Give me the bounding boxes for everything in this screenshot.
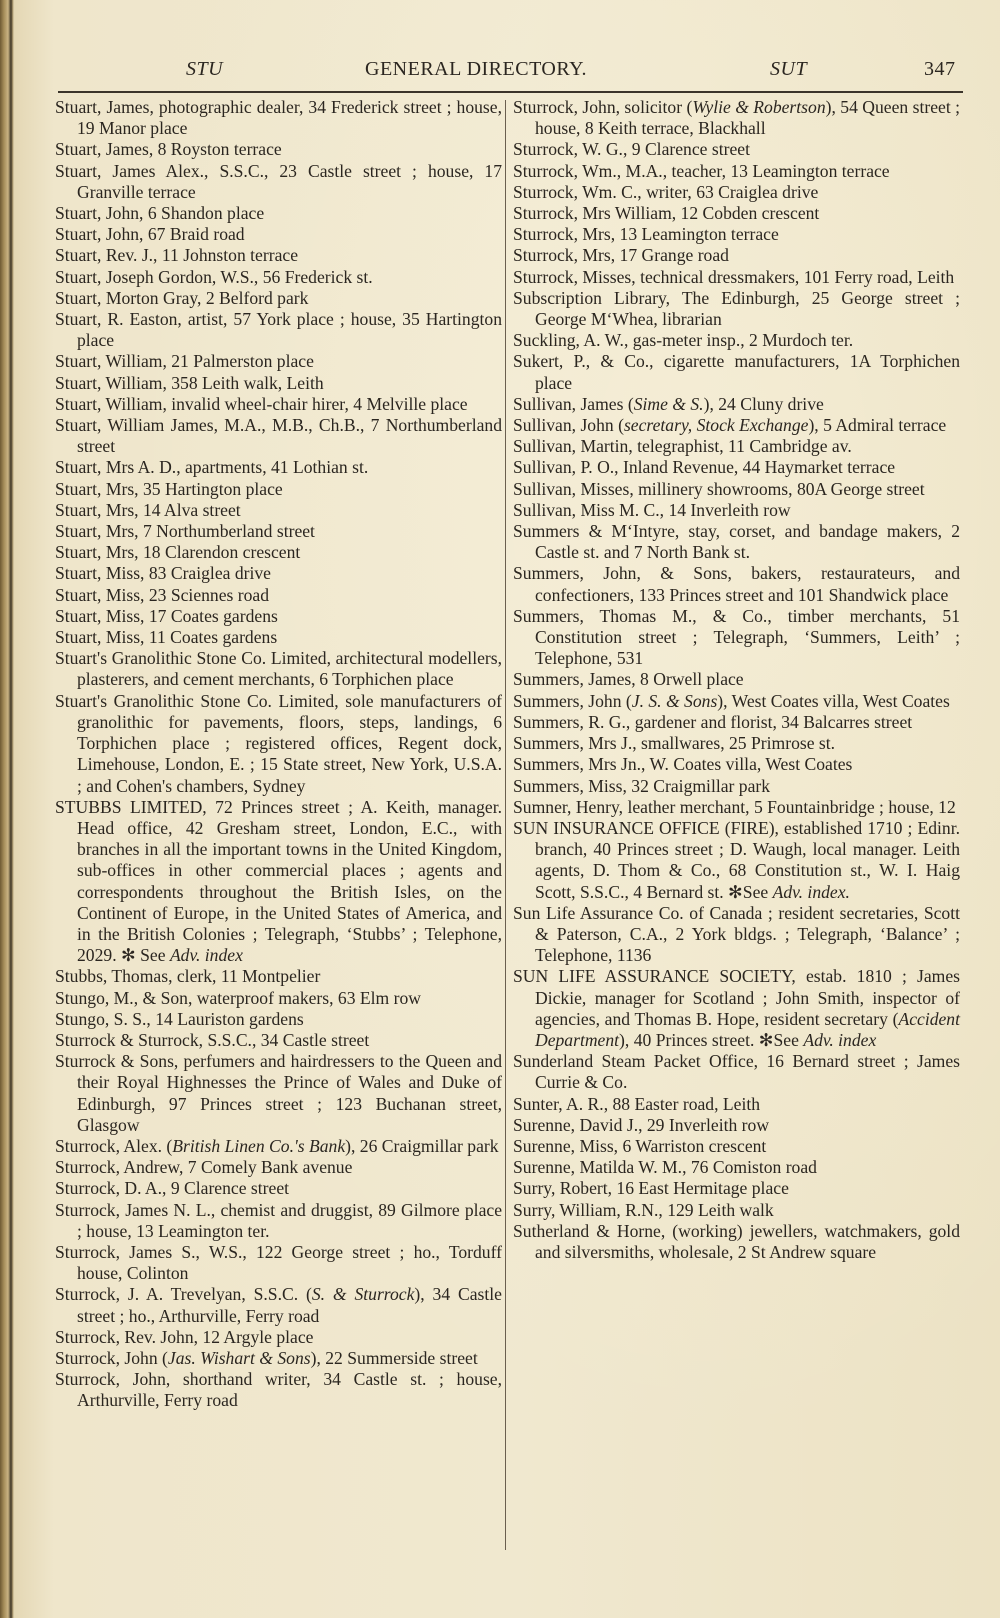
entry-text: STUBBS LIMITED, 72 Princes street ; A. K… <box>55 797 502 965</box>
entry-text: Sturrock, Mrs, 17 Grange road <box>513 245 729 265</box>
directory-entry: Sturrock, Misses, technical dressmakers,… <box>513 267 960 288</box>
book-binding-edge <box>0 0 14 1618</box>
entry-text: Sturrock, Misses, technical dressmakers,… <box>513 267 954 287</box>
entry-text: Sturrock, James S., W.S., 122 George str… <box>55 1242 502 1283</box>
entry-text: Sturrock, John ( <box>55 1348 168 1368</box>
entry-text: Stuart, Miss, 23 Sciennes road <box>55 585 269 605</box>
directory-entry: Stubbs, Thomas, clerk, 11 Montpelier <box>55 966 502 987</box>
entry-text: Stuart, Miss, 17 Coates gardens <box>55 606 278 626</box>
entry-text: Sturrock, J. A. Trevelyan, S.S.C. ( <box>55 1284 312 1304</box>
entry-text: ), 22 Summerside street <box>311 1348 478 1368</box>
entry-text: ), 40 Princes street. ✻See <box>619 1030 803 1050</box>
directory-entry: Stuart, Miss, 11 Coates gardens <box>55 627 502 648</box>
entry-text: Sunter, A. R., 88 Easter road, Leith <box>513 1094 760 1114</box>
entry-text: Stuart, Rev. J., 11 Johnston terrace <box>55 245 298 265</box>
directory-entry: Sturrock, D. A., 9 Clarence street <box>55 1178 502 1199</box>
directory-entry: Surenne, Miss, 6 Warriston crescent <box>513 1136 960 1157</box>
entry-text: Stuart, James Alex., S.S.C., 23 Castle s… <box>55 161 502 202</box>
directory-entry: Sturrock, J. A. Trevelyan, S.S.C. (S. & … <box>55 1284 502 1326</box>
entry-text: Sukert, P., & Co., cigarette manufacture… <box>513 351 960 392</box>
entry-text: ), 5 Admiral terrace <box>808 415 946 435</box>
entry-text: Sturrock & Sons, perfumers and hairdress… <box>55 1051 502 1135</box>
entry-text: Stuart, John, 6 Shandon place <box>55 203 264 223</box>
directory-entry: Stungo, S. S., 14 Lauriston gardens <box>55 1009 502 1030</box>
directory-entry: Stuart, Mrs, 7 Northumberland street <box>55 521 502 542</box>
entry-text: ), West Coates villa, West Coates <box>717 691 950 711</box>
directory-entry: Summers, Mrs Jn., W. Coates villa, West … <box>513 754 960 775</box>
directory-entry: Sullivan, P. O., Inland Revenue, 44 Haym… <box>513 457 960 478</box>
directory-entry: Summers, Thomas M., & Co., timber mercha… <box>513 606 960 670</box>
entry-text: Sunderland Steam Packet Office, 16 Berna… <box>513 1051 960 1092</box>
entry-text: Sturrock, John, shorthand writer, 34 Cas… <box>55 1369 502 1410</box>
entry-text: Sturrock, Andrew, 7 Comely Bank avenue <box>55 1157 352 1177</box>
entry-text: Sturrock, John, solicitor ( <box>513 97 692 117</box>
directory-entry: Summers, R. G., gardener and florist, 34… <box>513 712 960 733</box>
entry-italic-text: J. S. & Sons <box>632 691 718 711</box>
entry-italic-text: Wylie & Robertson <box>692 97 825 117</box>
directory-entry: Sturrock, Wm. C., writer, 63 Craiglea dr… <box>513 182 960 203</box>
directory-entry: Sturrock & Sons, perfumers and hairdress… <box>55 1051 502 1136</box>
directory-entry: Stuart, William James, M.A., M.B., Ch.B.… <box>55 415 502 457</box>
directory-entry: Sullivan, Martin, telegraphist, 11 Cambr… <box>513 436 960 457</box>
entry-text: Summers, Thomas M., & Co., timber mercha… <box>513 606 960 668</box>
entry-text: Stuart, Miss, 83 Craiglea drive <box>55 563 271 583</box>
left-column: Stuart, James, photographic dealer, 34 F… <box>55 97 502 1412</box>
entry-text: SUN LIFE ASSURANCE SOCIETY, estab. 1810 … <box>513 966 960 1028</box>
entry-italic-text: British Linen Co.'s Bank <box>172 1136 345 1156</box>
entry-text: Sturrock, Wm. C., writer, 63 Craiglea dr… <box>513 182 818 202</box>
column-divider <box>505 100 506 1550</box>
directory-entry: Sturrock, John, shorthand writer, 34 Cas… <box>55 1369 502 1411</box>
directory-entry: Stuart, Rev. J., 11 Johnston terrace <box>55 245 502 266</box>
directory-entry: Stuart, Joseph Gordon, W.S., 56 Frederic… <box>55 267 502 288</box>
directory-entry: Sullivan, James (Sime & S.), 24 Cluny dr… <box>513 394 960 415</box>
directory-entry: Summers, James, 8 Orwell place <box>513 669 960 690</box>
page-title: GENERAL DIRECTORY. <box>365 58 587 81</box>
entry-text: Sullivan, James ( <box>513 394 634 414</box>
directory-entry: Stuart, Miss, 23 Sciennes road <box>55 585 502 606</box>
directory-entry: Stuart's Granolithic Stone Co. Limited, … <box>55 691 502 797</box>
directory-entry: Sturrock, James S., W.S., 122 George str… <box>55 1242 502 1284</box>
entry-text: Stuart, James, photographic dealer, 34 F… <box>55 97 502 138</box>
entry-text: Stuart, Morton Gray, 2 Belford park <box>55 288 308 308</box>
directory-entry: Sunderland Steam Packet Office, 16 Berna… <box>513 1051 960 1093</box>
entry-text: Sturrock, D. A., 9 Clarence street <box>55 1178 289 1198</box>
directory-entry: Stuart, John, 67 Braid road <box>55 224 502 245</box>
directory-entry: Sturrock, Mrs William, 12 Cobden crescen… <box>513 203 960 224</box>
directory-entry: Surenne, Matilda W. M., 76 Comiston road <box>513 1157 960 1178</box>
directory-entry: Sullivan, Misses, millinery showrooms, 8… <box>513 479 960 500</box>
directory-entry: SUN INSURANCE OFFICE (FIRE), established… <box>513 818 960 903</box>
directory-entry: Stuart, Miss, 17 Coates gardens <box>55 606 502 627</box>
directory-entry: Sunter, A. R., 88 Easter road, Leith <box>513 1094 960 1115</box>
entry-text: Stuart, William, invalid wheel-chair hir… <box>55 394 468 414</box>
directory-entry: Stuart, Morton Gray, 2 Belford park <box>55 288 502 309</box>
entry-text: Summers & M‘Intyre, stay, corset, and ba… <box>513 521 960 562</box>
directory-entry: Stuart, R. Easton, artist, 57 York place… <box>55 309 502 351</box>
entry-text: ), 24 Cluny drive <box>704 394 824 414</box>
entry-italic-text: Adv. index <box>803 1030 876 1050</box>
entry-text: Subscription Library, The Edinburgh, 25 … <box>513 288 960 329</box>
entry-text: Stungo, M., & Son, waterproof makers, 63… <box>55 988 421 1008</box>
entry-text: Stuart, James, 8 Royston terrace <box>55 139 282 159</box>
entry-text: Stuart, Mrs, 35 Hartington place <box>55 479 283 499</box>
directory-entry: Sullivan, John (secretary, Stock Exchang… <box>513 415 960 436</box>
entry-text: Sturrock, Wm., M.A., teacher, 13 Leaming… <box>513 161 890 181</box>
directory-entry: Sturrock, Mrs, 13 Leamington terrace <box>513 224 960 245</box>
directory-entry: Subscription Library, The Edinburgh, 25 … <box>513 288 960 330</box>
entry-italic-text: Jas. Wishart & Sons <box>168 1348 311 1368</box>
directory-entry: Stuart, Mrs, 35 Hartington place <box>55 479 502 500</box>
header-rule <box>58 91 963 93</box>
entry-text: Stuart, John, 67 Braid road <box>55 224 245 244</box>
entry-italic-text: Adv. index <box>170 945 243 965</box>
entry-text: Stuart, William James, M.A., M.B., Ch.B.… <box>55 415 502 456</box>
entry-italic-text: secretary, Stock Exchange <box>624 415 809 435</box>
entry-text: Sturrock, James N. L., chemist and drugg… <box>55 1200 502 1241</box>
directory-entry: Stuart, James Alex., S.S.C., 23 Castle s… <box>55 161 502 203</box>
directory-entry: STUBBS LIMITED, 72 Princes street ; A. K… <box>55 797 502 967</box>
entry-text: Sullivan, P. O., Inland Revenue, 44 Haym… <box>513 457 895 477</box>
entry-text: Stuart, R. Easton, artist, 57 York place… <box>55 309 502 350</box>
directory-entry: Stuart, James, photographic dealer, 34 F… <box>55 97 502 139</box>
entry-text: Summers, Miss, 32 Craigmillar park <box>513 776 770 796</box>
entry-text: ), 26 Craigmillar park <box>345 1136 498 1156</box>
entry-text: Surenne, David J., 29 Inverleith row <box>513 1115 769 1135</box>
entry-text: Stuart, Mrs, 7 Northumberland street <box>55 521 315 541</box>
entry-text: Stungo, S. S., 14 Lauriston gardens <box>55 1009 304 1029</box>
entry-text: Surry, William, R.N., 129 Leith walk <box>513 1200 774 1220</box>
entry-text: Sturrock, Rev. John, 12 Argyle place <box>55 1327 314 1347</box>
directory-entry: Stuart, Miss, 83 Craiglea drive <box>55 563 502 584</box>
directory-entry: SUN LIFE ASSURANCE SOCIETY, estab. 1810 … <box>513 966 960 1051</box>
entry-text: Stuart, Joseph Gordon, W.S., 56 Frederic… <box>55 267 373 287</box>
entry-italic-text: Sime & S. <box>634 394 704 414</box>
directory-entry: Sturrock & Sturrock, S.S.C., 34 Castle s… <box>55 1030 502 1051</box>
entry-text: Sturrock & Sturrock, S.S.C., 34 Castle s… <box>55 1030 369 1050</box>
entry-text: Sturrock, Mrs William, 12 Cobden crescen… <box>513 203 819 223</box>
directory-entry: Surenne, David J., 29 Inverleith row <box>513 1115 960 1136</box>
entry-text: Sun Life Assurance Co. of Canada ; resid… <box>513 903 960 965</box>
directory-entry: Stuart, James, 8 Royston terrace <box>55 139 502 160</box>
entry-text: Summers, Mrs J., smallwares, 25 Primrose… <box>513 733 835 753</box>
entry-italic-text: S. & Sturrock <box>312 1284 415 1304</box>
directory-entry: Sun Life Assurance Co. of Canada ; resid… <box>513 903 960 967</box>
entry-text: Surenne, Miss, 6 Warriston crescent <box>513 1136 766 1156</box>
directory-entry: Stuart, Mrs, 14 Alva street <box>55 500 502 521</box>
entry-text: Sturrock, W. G., 9 Clarence street <box>513 139 750 159</box>
directory-entry: Summers, John (J. S. & Sons), West Coate… <box>513 691 960 712</box>
entry-text: Summers, James, 8 Orwell place <box>513 669 744 689</box>
directory-entry: Surry, Robert, 16 East Hermitage place <box>513 1178 960 1199</box>
directory-entry: Stuart, Mrs, 18 Clarendon crescent <box>55 542 502 563</box>
entry-text: Sullivan, John ( <box>513 415 624 435</box>
directory-entry: Surry, William, R.N., 129 Leith walk <box>513 1200 960 1221</box>
directory-entry: Stuart, William, invalid wheel-chair hir… <box>55 394 502 415</box>
directory-entry: Sturrock, Mrs, 17 Grange road <box>513 245 960 266</box>
entry-text: Sullivan, Miss M. C., 14 Inverleith row <box>513 500 791 520</box>
entry-text: Stuart's Granolithic Stone Co. Limited, … <box>55 648 502 689</box>
directory-entry: Summers & M‘Intyre, stay, corset, and ba… <box>513 521 960 563</box>
entry-text: Sullivan, Martin, telegraphist, 11 Cambr… <box>513 436 852 456</box>
entry-text: Sturrock, Mrs, 13 Leamington terrace <box>513 224 779 244</box>
entry-text: Suckling, A. W., gas-meter insp., 2 Murd… <box>513 330 853 350</box>
entry-text: Stuart, Mrs, 18 Clarendon crescent <box>55 542 300 562</box>
entry-text: SUN INSURANCE OFFICE (FIRE), established… <box>513 818 960 902</box>
directory-entry: Sturrock, Alex. (British Linen Co.'s Ban… <box>55 1136 502 1157</box>
entry-text: Summers, John ( <box>513 691 632 711</box>
entry-text: Sumner, Henry, leather merchant, 5 Fount… <box>513 797 956 817</box>
directory-entry: Sukert, P., & Co., cigarette manufacture… <box>513 351 960 393</box>
right-column: Sturrock, John, solicitor (Wylie & Rober… <box>513 97 960 1263</box>
entry-text: Surenne, Matilda W. M., 76 Comiston road <box>513 1157 817 1177</box>
left-guide-word: STU <box>186 58 223 81</box>
directory-entry: Stungo, M., & Son, waterproof makers, 63… <box>55 988 502 1009</box>
entry-text: Stuart, William, 21 Palmerston place <box>55 351 314 371</box>
directory-entry: Summers, Miss, 32 Craigmillar park <box>513 776 960 797</box>
directory-entry: Sturrock, Wm., M.A., teacher, 13 Leaming… <box>513 161 960 182</box>
directory-entry: Sturrock, Rev. John, 12 Argyle place <box>55 1327 502 1348</box>
directory-entry: Sturrock, W. G., 9 Clarence street <box>513 139 960 160</box>
entry-italic-text: Adv. index. <box>773 882 850 902</box>
entry-text: Stuart, Mrs, 14 Alva street <box>55 500 241 520</box>
entry-text: Summers, R. G., gardener and florist, 34… <box>513 712 912 732</box>
directory-entry: Stuart, Mrs A. D., apartments, 41 Lothia… <box>55 457 502 478</box>
page-number: 347 <box>924 58 956 81</box>
entry-text: Sutherland & Horne, (working) jewellers,… <box>513 1221 960 1262</box>
page-header: STU GENERAL DIRECTORY. SUT 347 <box>58 58 963 88</box>
entry-text: Sullivan, Misses, millinery showrooms, 8… <box>513 479 925 499</box>
directory-entry: Stuart, William, 358 Leith walk, Leith <box>55 373 502 394</box>
entry-text: Summers, John, & Sons, bakers, restaurat… <box>513 563 960 604</box>
entry-text: Stuart's Granolithic Stone Co. Limited, … <box>55 691 502 796</box>
directory-entry: Stuart, John, 6 Shandon place <box>55 203 502 224</box>
directory-entry: Sturrock, Andrew, 7 Comely Bank avenue <box>55 1157 502 1178</box>
directory-entry: Stuart, William, 21 Palmerston place <box>55 351 502 372</box>
directory-entry: Sturrock, James N. L., chemist and drugg… <box>55 1200 502 1242</box>
directory-entry: Summers, John, & Sons, bakers, restaurat… <box>513 563 960 605</box>
entry-text: Surry, Robert, 16 East Hermitage place <box>513 1178 789 1198</box>
directory-entry: Sturrock, John (Jas. Wishart & Sons), 22… <box>55 1348 502 1369</box>
directory-entry: Sutherland & Horne, (working) jewellers,… <box>513 1221 960 1263</box>
entry-text: Summers, Mrs Jn., W. Coates villa, West … <box>513 754 852 774</box>
entry-text: Stuart, Mrs A. D., apartments, 41 Lothia… <box>55 457 368 477</box>
entry-text: Stubbs, Thomas, clerk, 11 Montpelier <box>55 966 320 986</box>
directory-entry: Summers, Mrs J., smallwares, 25 Primrose… <box>513 733 960 754</box>
entry-text: Sturrock, Alex. ( <box>55 1136 172 1156</box>
directory-entry: Stuart's Granolithic Stone Co. Limited, … <box>55 648 502 690</box>
directory-entry: Sturrock, John, solicitor (Wylie & Rober… <box>513 97 960 139</box>
right-guide-word: SUT <box>770 58 807 81</box>
directory-entry: Sumner, Henry, leather merchant, 5 Fount… <box>513 797 960 818</box>
entry-text: Stuart, Miss, 11 Coates gardens <box>55 627 277 647</box>
entry-text: Stuart, William, 358 Leith walk, Leith <box>55 373 324 393</box>
directory-entry: Sullivan, Miss M. C., 14 Inverleith row <box>513 500 960 521</box>
directory-entry: Suckling, A. W., gas-meter insp., 2 Murd… <box>513 330 960 351</box>
